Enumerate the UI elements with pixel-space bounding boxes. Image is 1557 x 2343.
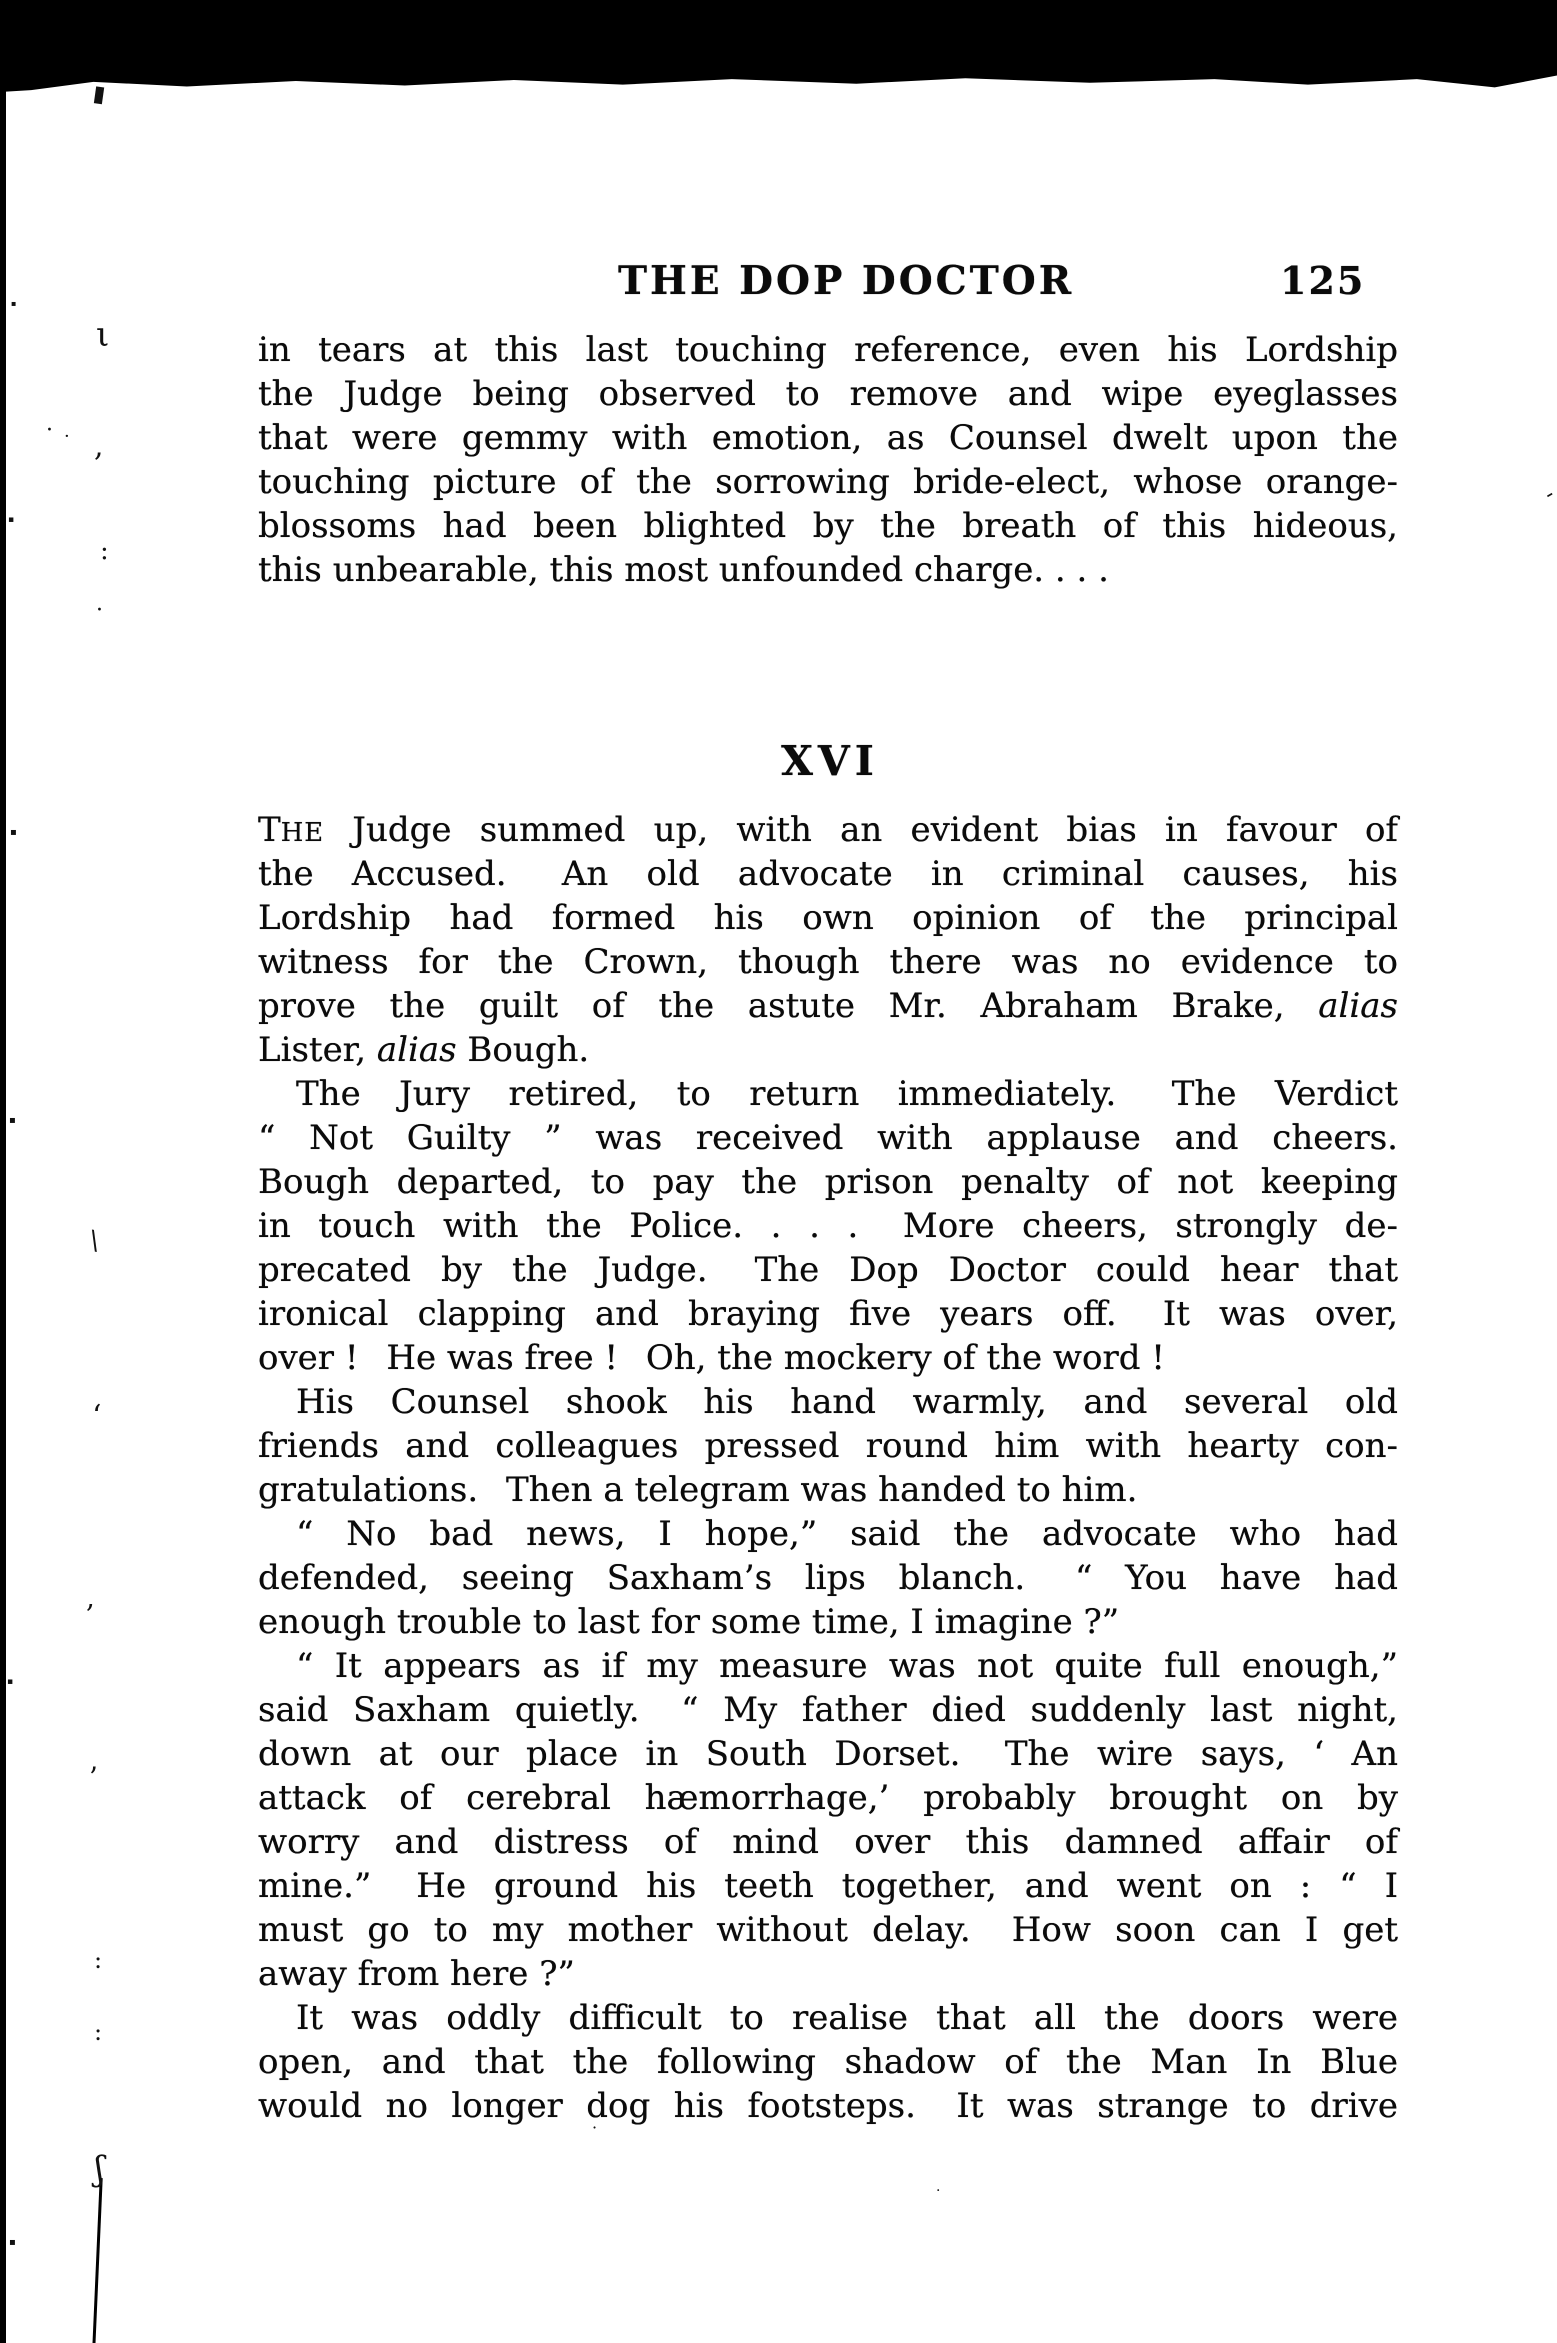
book-page: ▮▪ι··,▪:·▪▪\‘,▪’::ʃ▪-·· THE DOP DOCTOR 1…: [0, 0, 1557, 2343]
scan-mark: ,: [94, 432, 104, 462]
text-line: defended, seeing Saxham’s lips blanch. “…: [258, 1556, 1398, 1600]
text-line: Lister, alias Bough.: [258, 1028, 1398, 1072]
text-line: “ Not Guilty ” was received with applaus…: [258, 1116, 1398, 1160]
text-line: over ! He was free ! Oh, the mockery of …: [258, 1336, 1398, 1380]
text-line: the Judge being observed to remove and w…: [258, 372, 1398, 416]
scan-pen-stroke: [92, 2178, 102, 2343]
scan-mark: -: [1541, 484, 1557, 507]
scan-mark: ▪: [10, 828, 17, 838]
text-line: Bough departed, to pay the prison penalt…: [258, 1160, 1398, 1204]
text-line: would no longer dog his footsteps. It wa…: [258, 2084, 1398, 2128]
text-line: worry and distress of mind over this dam…: [258, 1820, 1398, 1864]
scan-mark: ,: [86, 1584, 95, 1612]
text-line: “ It appears as if my measure was not qu…: [258, 1644, 1398, 1688]
page-number: 125: [1280, 258, 1365, 303]
scan-mark: ’: [89, 1764, 98, 1792]
scan-mark: ι: [96, 318, 109, 352]
text-line: gratulations. Then a telegram was handed…: [258, 1468, 1398, 1512]
scan-mark: ▪: [7, 1678, 13, 1687]
text-line: His Counsel shook his hand warmly, and s…: [258, 1380, 1398, 1424]
scan-mark: ▪: [9, 2238, 16, 2248]
text-line: ironical clapping and braying five years…: [258, 1292, 1398, 1336]
text-line: in tears at this last touching reference…: [258, 328, 1398, 372]
text-line: blossoms had been blighted by the breath…: [258, 504, 1398, 548]
text-line: friends and colleagues pressed round him…: [258, 1424, 1398, 1468]
running-header-title: THE DOP DOCTOR: [618, 258, 1074, 304]
scan-mark: ·: [96, 600, 103, 622]
scan-border-top: [0, 0, 1557, 92]
text-block-main: THE Judge summed up, with an evident bia…: [258, 808, 1398, 2128]
text-line: touching picture of the sorrowing bride-…: [258, 460, 1398, 504]
text-line: It was oddly difficult to realise that a…: [258, 1996, 1398, 2040]
text-line: “ No bad news, I hope,” said the advocat…: [258, 1512, 1398, 1556]
text-line: must go to my mother without delay. How …: [258, 1908, 1398, 1952]
scan-mark: ·: [64, 428, 70, 446]
scan-mark: ·: [46, 420, 53, 442]
text-line: THE Judge summed up, with an evident bia…: [258, 808, 1398, 852]
scan-mark: ʃ: [95, 2152, 104, 2186]
chapter-heading: XVI: [781, 737, 879, 785]
text-line: witness for the Crown, though there was …: [258, 940, 1398, 984]
text-line: mine.” He ground his teeth together, and…: [258, 1864, 1398, 1908]
page-header: THE DOP DOCTOR 125: [0, 258, 1557, 308]
scan-mark: ‘: [92, 1402, 102, 1432]
text-line: in touch with the Police. . . . More che…: [258, 1204, 1398, 1248]
text-line: prove the guilt of the astute Mr. Abraha…: [258, 984, 1398, 1028]
text-line: enough trouble to last for some time, I …: [258, 1600, 1398, 1644]
text-line: The Jury retired, to return immediately.…: [258, 1072, 1398, 1116]
text-line: said Saxham quietly. “ My father died su…: [258, 1688, 1398, 1732]
scan-border-left: [0, 0, 6, 2343]
scan-mark: \: [88, 1227, 101, 1254]
text-line: attack of cerebral hæmorrhage,’ probably…: [258, 1776, 1398, 1820]
text-line: precated by the Judge. The Dop Doctor co…: [258, 1248, 1398, 1292]
text-line: this unbearable, this most unfounded cha…: [258, 548, 1398, 592]
text-line: down at our place in South Dorset. The w…: [258, 1732, 1398, 1776]
scan-mark: :: [94, 1948, 102, 1972]
text-line: that were gemmy with emotion, as Counsel…: [258, 416, 1398, 460]
scan-mark: ▪: [9, 1116, 16, 1126]
text-line: away from here ?”: [258, 1952, 1398, 1996]
scan-mark: :: [100, 538, 109, 564]
scan-mark: :: [94, 2020, 102, 2044]
scan-mark: ▪: [8, 516, 14, 525]
text-block-top: in tears at this last touching reference…: [258, 328, 1398, 592]
scan-mark: ·: [936, 2184, 940, 2198]
scan-mark: ▮: [92, 83, 107, 106]
text-line: Lordship had formed his own opinion of t…: [258, 896, 1398, 940]
text-line: open, and that the following shadow of t…: [258, 2040, 1398, 2084]
text-line: the Accused. An old advocate in criminal…: [258, 852, 1398, 896]
